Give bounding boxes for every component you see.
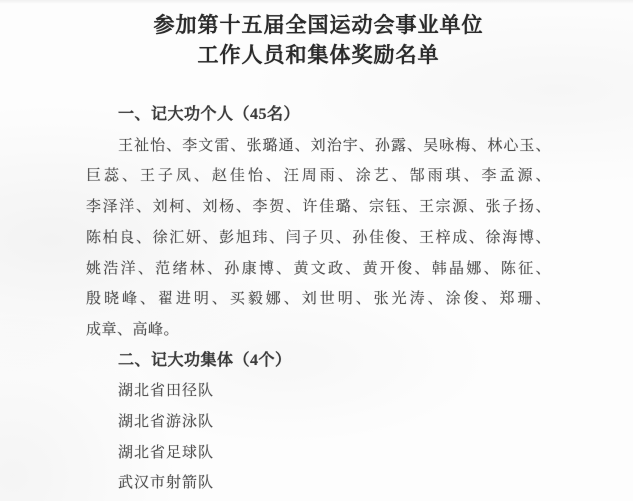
- title-line-1: 参加第十五届全国运动会事业单位: [86, 10, 551, 40]
- names-line-4: 陈柏良、徐汇妍、彭旭玮、闫子贝、孙佳俊、王梓成、徐海博、: [86, 223, 551, 254]
- names-line-3: 李泽洋、刘柯、刘杨、李贺、许佳璐、宗钰、王宗源、张子扬、: [86, 192, 551, 223]
- names-line-2: 巨蕊、王子凤、赵佳怡、汪周雨、涂艺、郜雨琪、李孟源、: [86, 161, 551, 192]
- document-title: 参加第十五届全国运动会事业单位 工作人员和集体奖励名单: [86, 10, 551, 70]
- names-line-6: 殷晓峰、翟进明、买毅娜、刘世明、张光涛、涂俊、郑珊、: [86, 284, 551, 315]
- names-line-5: 姚浩洋、范绪林、孙康博、黄文政、黄开俊、韩晶娜、陈征、: [86, 254, 551, 285]
- title-line-2: 工作人员和集体奖励名单: [86, 40, 551, 70]
- team-item-4: 武汉市射箭队: [86, 468, 551, 499]
- names-line-7: 成章、高峰。: [86, 315, 551, 346]
- team-item-1: 湖北省田径队: [86, 376, 551, 407]
- names-line-1: 王祉怡、李文雷、张璐通、刘治宇、孙露、吴咏梅、林心玉、: [86, 131, 551, 162]
- section-1-heading: 一、记大功个人（45名）: [86, 100, 551, 131]
- collective-awards-list: 湖北省田径队 湖北省游泳队 湖北省足球队 武汉市射箭队: [86, 376, 551, 499]
- section-2-heading: 二、记大功集体（4个）: [86, 346, 551, 377]
- individual-awards-list: 王祉怡、李文雷、张璐通、刘治宇、孙露、吴咏梅、林心玉、 巨蕊、王子凤、赵佳怡、汪…: [86, 131, 551, 346]
- document-body: 一、记大功个人（45名） 王祉怡、李文雷、张璐通、刘治宇、孙露、吴咏梅、林心玉、…: [86, 100, 551, 499]
- team-item-2: 湖北省游泳队: [86, 407, 551, 438]
- document-page: 参加第十五届全国运动会事业单位 工作人员和集体奖励名单 一、记大功个人（45名）…: [0, 0, 633, 501]
- team-item-3: 湖北省足球队: [86, 438, 551, 469]
